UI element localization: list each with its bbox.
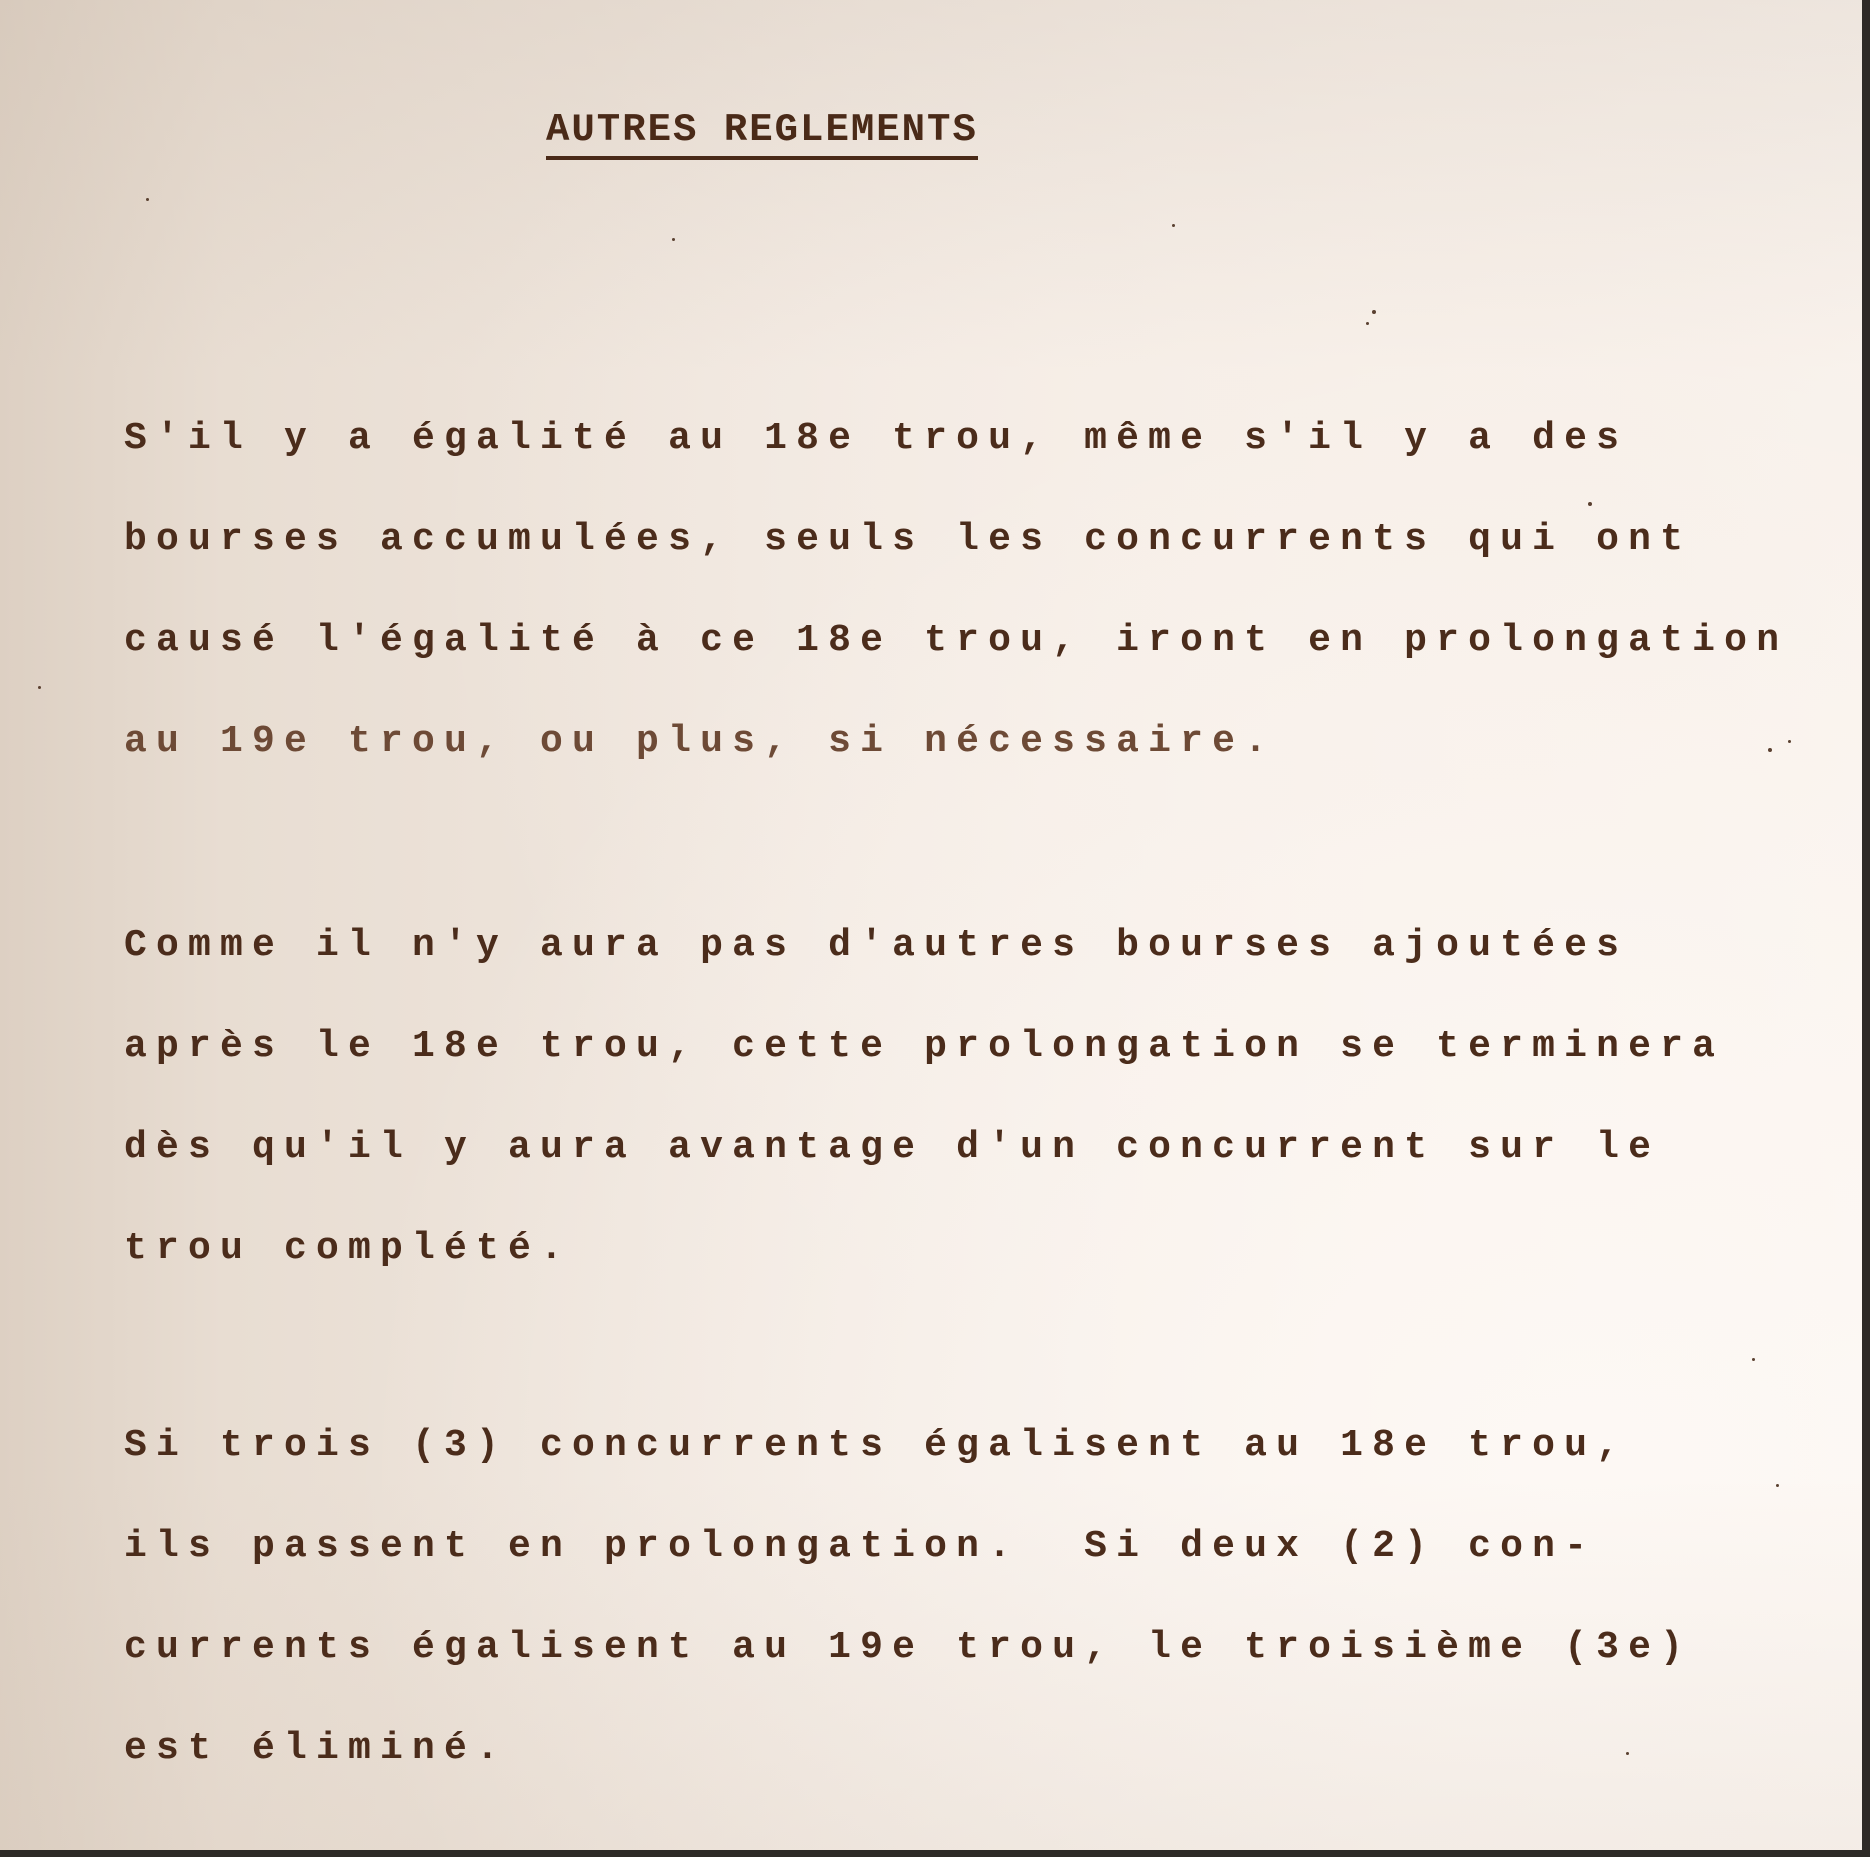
text-line: dès qu'il y aura avantage d'un concurren… [124,1097,1724,1198]
paper-speck [1626,1752,1629,1755]
text-line: Comme il n'y aura pas d'autres bourses a… [124,895,1724,996]
text-line: trou complété. [124,1198,1724,1299]
text-line: Si trois (3) concurrents égalisent au 18… [124,1395,1692,1496]
paper-speck [1366,322,1369,325]
text-line: S'il y a égalité au 18e trou, même s'il … [124,388,1788,489]
text-line: ils passent en prolongation. Si deux (2)… [124,1496,1692,1597]
paper-speck [146,198,149,201]
paragraph-no-additional-purses: Comme il n'y aura pas d'autres bourses a… [124,895,1724,1299]
paper-speck [38,686,41,689]
paper-speck [1172,224,1175,227]
document-title: AUTRES REGLEMENTS [546,108,978,160]
text-line: après le 18e trou, cette prolongation se… [124,996,1724,1097]
paper-speck [1768,748,1772,752]
paper-speck [672,238,675,241]
paper-speck [1776,1484,1779,1487]
text-line: au 19e trou, ou plus, si nécessaire. [124,691,1788,792]
paragraph-three-way-tie: Si trois (3) concurrents égalisent au 18… [124,1395,1692,1799]
paragraph-tie-at-18th-hole: S'il y a égalité au 18e trou, même s'il … [124,388,1788,792]
typewritten-page: AUTRES REGLEMENTS S'il y a égalité au 18… [0,0,1862,1850]
paper-speck [1752,1358,1755,1361]
text-line: currents égalisent au 19e trou, le trois… [124,1597,1692,1698]
paper-speck [1788,740,1791,743]
text-line: bourses accumulées, seuls les concurrent… [124,489,1788,590]
text-line: est éliminé. [124,1698,1692,1799]
paper-speck [1372,310,1376,314]
text-line: causé l'égalité à ce 18e trou, iront en … [124,590,1788,691]
paper-speck [1588,502,1592,506]
